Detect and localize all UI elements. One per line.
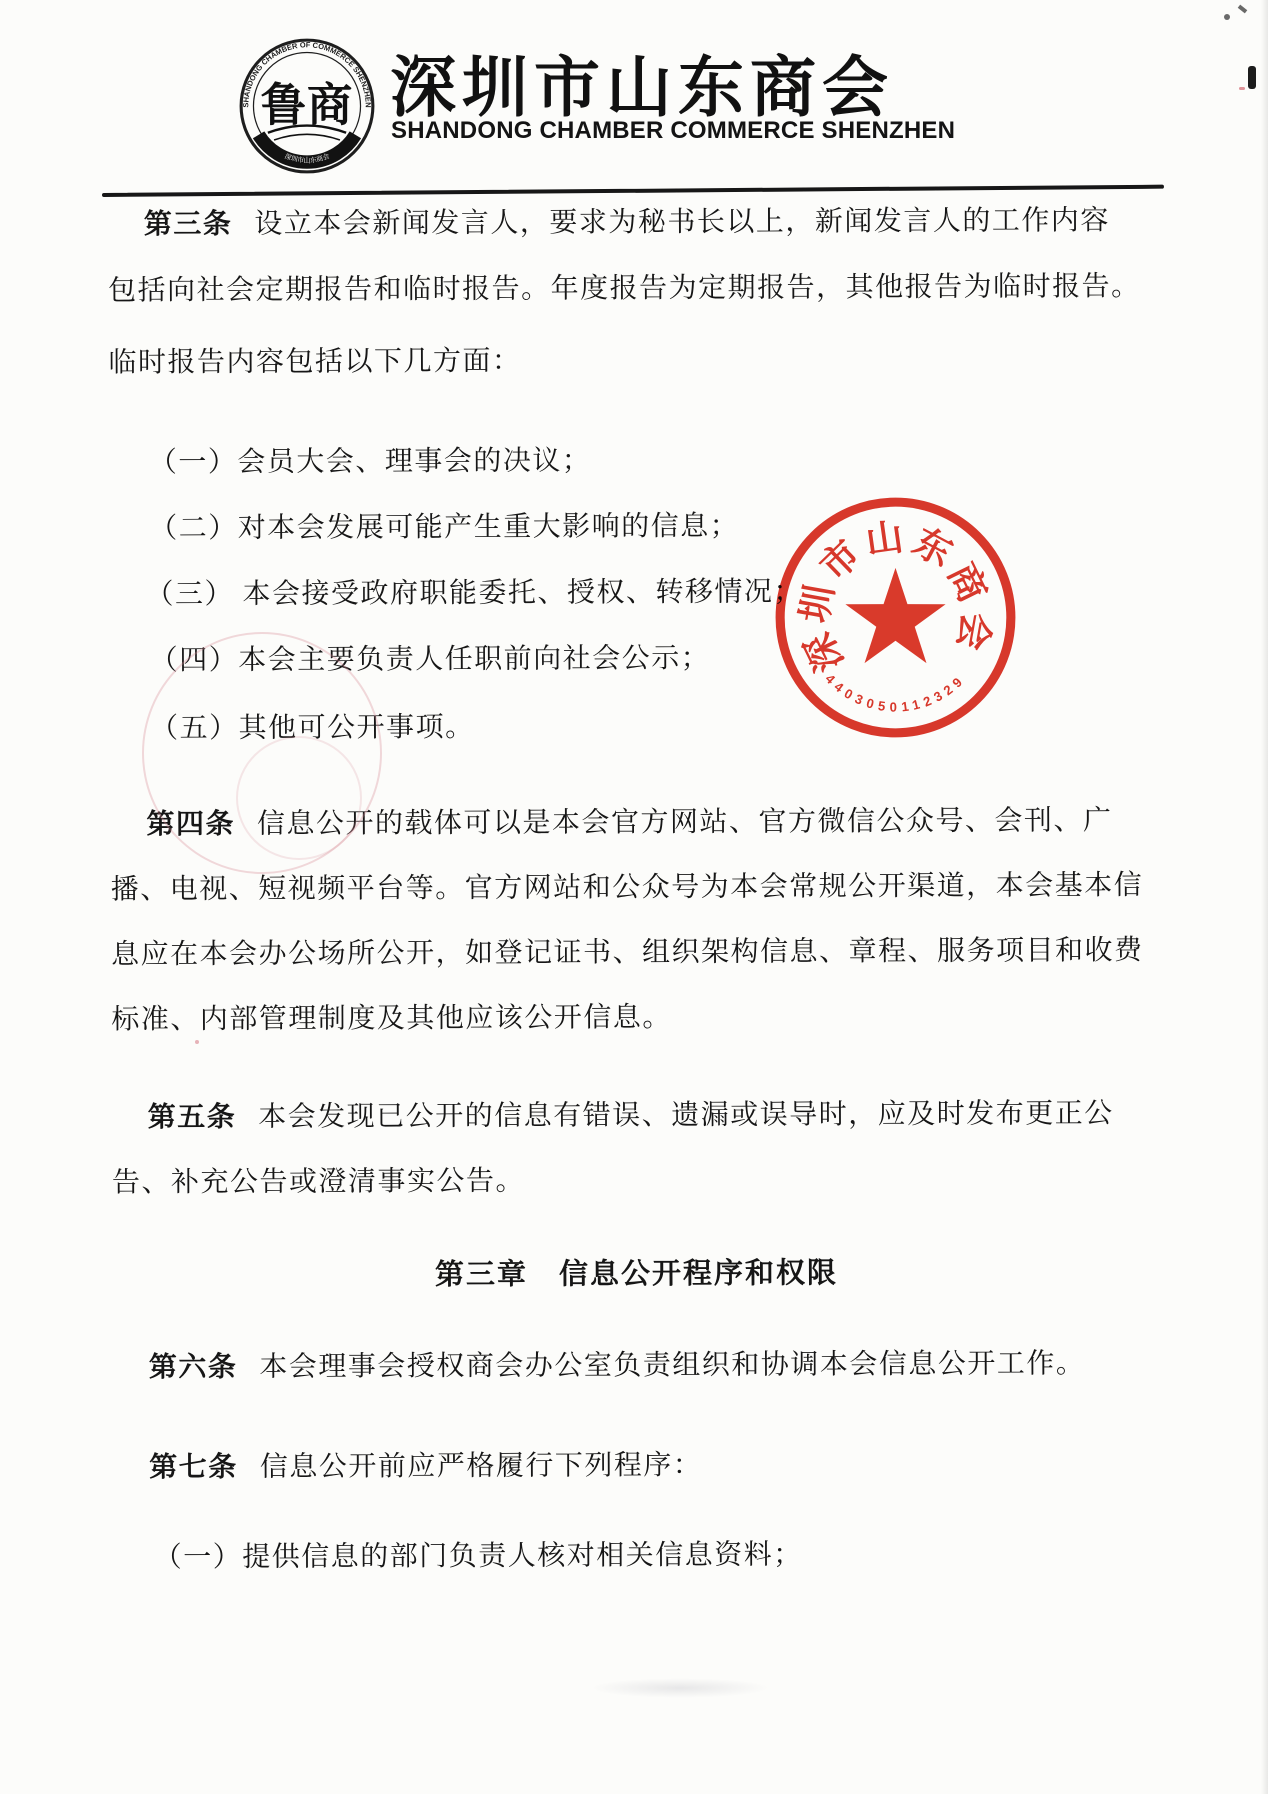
seal-char: 山: [863, 517, 906, 563]
list-item-2: （二）对本会发展可能产生重大影响的信息；: [149, 510, 739, 547]
article-4-line-2: 播、电视、短视频平台等。官方网站和公众号为本会常规公开渠道，本会基本信: [111, 869, 1144, 908]
scan-red-speck: [1239, 87, 1245, 90]
article-5-line-1: 第五条本会发现已公开的信息有错误、遗漏或误导时，应及时发布更正公: [148, 1097, 1114, 1135]
ghost-stamp-inner-outline: [236, 736, 362, 860]
article-4-line-4: 标准、内部管理制度及其他应该公开信息。: [111, 1001, 672, 1037]
article-5-label: 第五条: [148, 1102, 237, 1133]
page-edge-shadow: [1261, 0, 1268, 1794]
scan-smudge: [590, 1678, 770, 1698]
article-3-line-3: 临时报告内容包括以下几方面：: [108, 345, 521, 381]
article-3-label: 第三条: [144, 209, 233, 240]
seal-registration-number: 4403050112329: [822, 671, 968, 715]
article-3-line-1: 第三条设立本会新闻发言人，要求为秘书长以上，新闻发言人的工作内容: [144, 204, 1110, 242]
article-6-line-1: 第六条本会理事会授权商会办公室负责组织和协调本会信息公开工作。: [149, 1347, 1086, 1385]
article-6-label: 第六条: [149, 1352, 238, 1383]
list-item-1: （一）会员大会、理事会的决议；: [149, 444, 592, 480]
procedure-item-1: （一）提供信息的部门负责人核对相关信息资料；: [154, 1539, 803, 1576]
scan-pink-dot: [195, 1040, 199, 1044]
chapter-heading: 第三章 信息公开程序和权限: [2, 1255, 1268, 1295]
list-item-3: （三） 本会接受政府职能委托、授权、转移情况；: [145, 576, 803, 613]
seal-char: 市: [813, 533, 869, 589]
seal-char: 深: [798, 626, 852, 678]
seal-char: 圳: [795, 582, 842, 626]
article-3-line-2: 包括向社会定期报告和临时报告。年度报告为定期报告，其他报告为临时报告。: [108, 270, 1141, 309]
article-4-line-3: 息应在本会办公场所公开，如登记证书、组织架构信息、章程、服务项目和收费: [111, 934, 1144, 973]
chamber-seal-stamp: 深 圳 市 山 东 商 会 4403050112329: [769, 491, 1022, 744]
document-body: 第三条设立本会新闻发言人，要求为秘书长以上，新闻发言人的工作内容 包括向社会定期…: [0, 0, 1268, 1794]
scan-speck: [1224, 14, 1230, 20]
article-5-line-2: 告、补充公告或澄清事实公告。: [112, 1165, 525, 1201]
seal-star-icon: [845, 568, 945, 663]
seal-char: 商: [939, 557, 993, 609]
article-7-line-1: 第七条信息公开前应严格履行下列程序：: [149, 1449, 702, 1485]
scan-ink-blob: [1248, 66, 1256, 89]
article-7-label: 第七条: [149, 1452, 238, 1483]
seal-char: 会: [949, 609, 997, 653]
scanned-document-page: SHANDONG CHAMBER OF COMMERCE SHENZHEN 鲁商…: [0, 0, 1268, 1794]
seal-char: 东: [906, 521, 959, 576]
